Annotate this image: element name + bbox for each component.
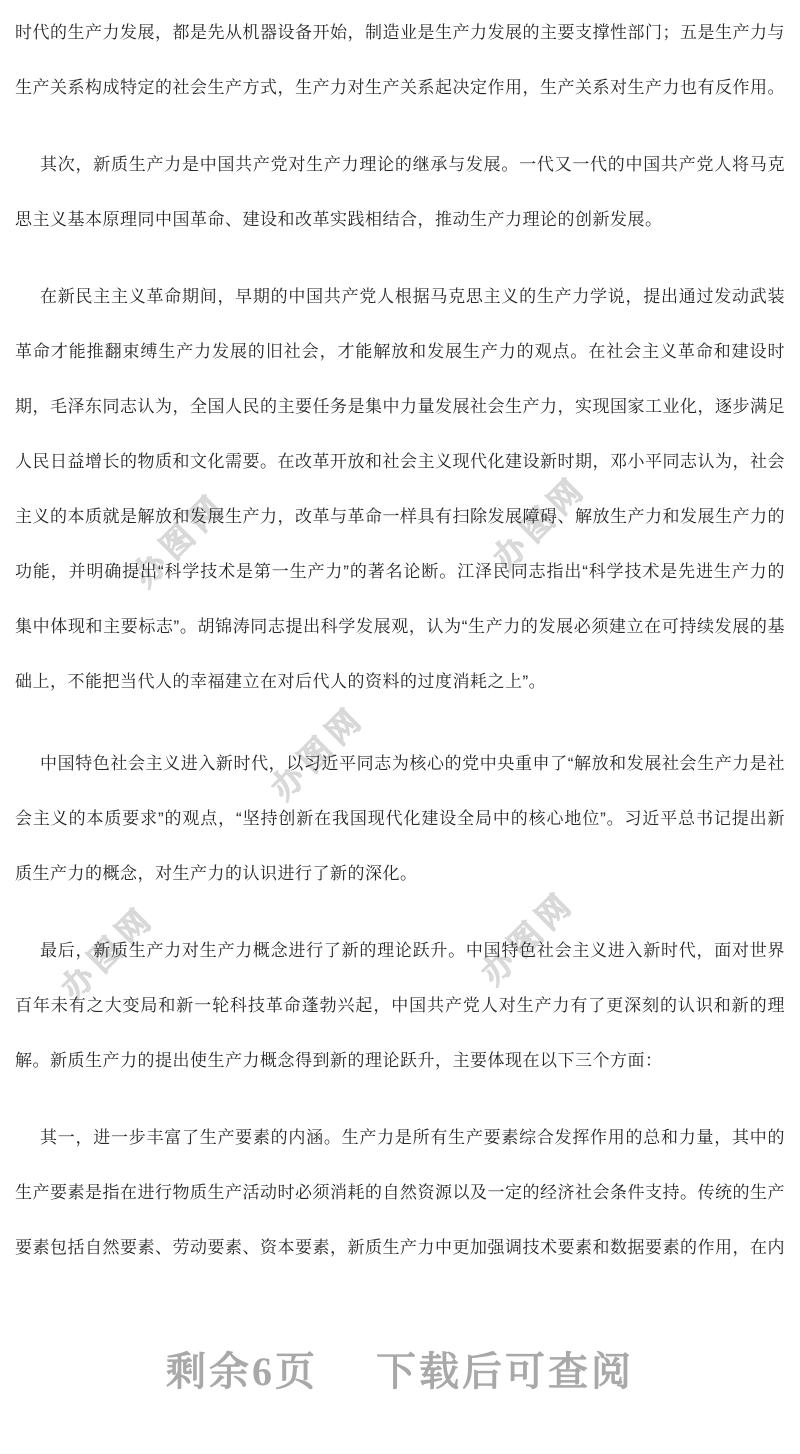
download-notice: 剩余6页下载后可查阅 bbox=[0, 1340, 800, 1397]
download-hint-label: 下载后可查阅 bbox=[376, 1349, 634, 1394]
paragraph: 中国特色社会主义进入新时代，以习近平同志为核心的党中央重申了“解放和发展社会生产… bbox=[15, 736, 785, 901]
pages-remaining-label: 剩余6页 bbox=[166, 1349, 318, 1394]
paragraph: 在新民主主义革命期间，早期的中国共产党人根据马克思主义的生产力学说，提出通过发动… bbox=[15, 269, 785, 709]
paragraph: 最后，新质生产力对生产力概念进行了新的理论跃升。中国特色社会主义进入新时代，面对… bbox=[15, 923, 785, 1088]
paragraph: 其一，进一步丰富了生产要素的内涵。生产力是所有生产要素综合发挥作用的总和力量，其… bbox=[15, 1110, 785, 1275]
document-page: 时代的生产力发展，都是先从机器设备开始，制造业是生产力发展的主要支撑性部门；五是… bbox=[0, 0, 800, 1275]
paragraph: 其次，新质生产力是中国共产党对生产力理论的继承与发展。一代又一代的中国共产党人将… bbox=[15, 137, 785, 247]
paragraph-continuation: 时代的生产力发展，都是先从机器设备开始，制造业是生产力发展的主要支撑性部门；五是… bbox=[15, 5, 785, 115]
